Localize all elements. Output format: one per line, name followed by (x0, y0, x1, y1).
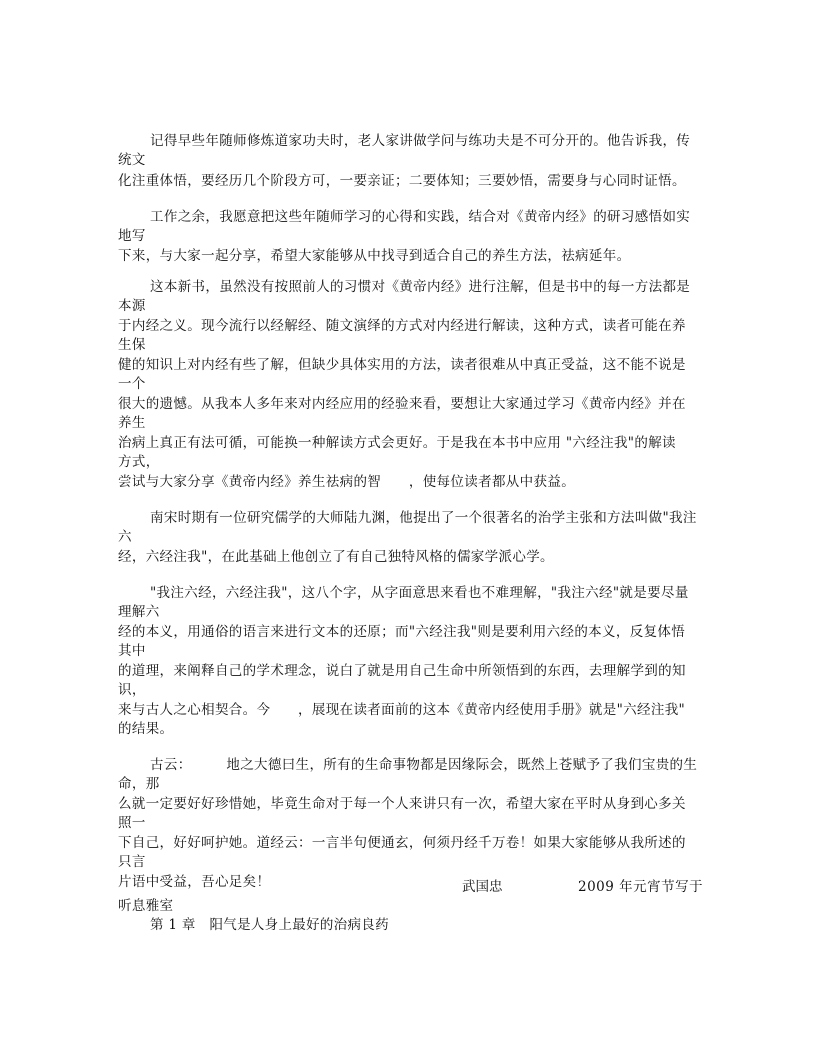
para2-line1: 工作之余，我愿意把这些年随师学习的心得和实践，结合对《黄帝内经》的研习感悟如实 (150, 208, 690, 226)
para4-line3: 经，六经注我"，在此基础上他创立了有自己独特风格的儒家学派心学。 (118, 548, 554, 566)
para3-line5: 健的知识上对内经有些了解，但缺少具体实用的方法，读者很难从中真正受益，这不能不说… (118, 356, 686, 374)
para3-line8: 养生 (118, 414, 146, 432)
signature-place: 听息雅室 (118, 897, 173, 915)
para2-line2: 地写 (118, 227, 146, 245)
para1-line1: 记得早些年随师修炼道家功夫时，老人家讲做学问与练功夫是不可分开的。他告诉我，传 (150, 132, 690, 150)
para6-line7: 片语中受益，吾心足矣！ (118, 873, 270, 891)
para5-line4: 其中 (118, 642, 146, 660)
para3-line3: 于内经之义。现今流行以经解经、随文演绎的方式对内经进行解读，这种方式，读者可能在… (118, 317, 686, 335)
para6-line1: 古云： 地之大德曰生，所有的生命事物都是因缘际会，既然上苍赋予了我们宝贵的生 (150, 756, 697, 774)
para3-line10: 方式， (118, 453, 160, 471)
para3-line6: 一个 (118, 375, 146, 393)
para3-line1: 这本新书，虽然没有按照前人的习惯对《黄帝内经》进行注解，但是书中的每一方法都是 (150, 278, 690, 296)
para3-line4: 生保 (118, 336, 146, 354)
para2-line3: 下来，与大家一起分享，希望大家能够从中找寻到适合自己的养生方法，祛病延年。 (118, 247, 630, 265)
para5-line3: 经的本义，用通俗的语言来进行文本的还原；而"六经注我"则是要利用六经的本义，反复… (118, 623, 685, 641)
para3-line11: 尝试与大家分享《黄帝内经》养生祛病的智 ，使每位读者都从中获益。 (118, 473, 575, 491)
chapter-heading: 第 1 章 阳气是人身上最好的治病良药 (150, 916, 389, 934)
para3-line2: 本源 (118, 297, 146, 315)
para1-line2: 统文 (118, 151, 146, 169)
para6-line2: 命，那 (118, 775, 160, 793)
para5-line6: 识， (118, 681, 146, 699)
para6-line6: 只言 (118, 853, 146, 871)
para6-line4: 照一 (118, 814, 146, 832)
para5-line1: "我注六经，六经注我"，这八个字，从字面意思来看也不难理解，"我注六经"就是要尽… (150, 584, 689, 602)
para5-line5: 的道理，来阐释自己的学术理念，说白了就是用自己生命中所领悟到的东西，去理解学到的… (118, 662, 686, 680)
signature-author: 武国忠 (462, 878, 503, 896)
para4-line1: 南宋时期有一位研究儒学的大师陆九渊，他提出了一个很著名的治学主张和方法叫做"我注 (150, 509, 697, 527)
para6-line3: 么就一定要好好珍惜她，毕竟生命对于每一个人来讲只有一次，希望大家在平时从身到心多… (118, 795, 686, 813)
para5-line7: 来与古人之心相契合。今 ，展现在读者面前的这本《黄帝内经使用手册》就是"六经注我… (118, 701, 685, 719)
signature-date: 2009 年元宵节写于 (578, 878, 703, 896)
document-page: 记得早些年随师修炼道家功夫时，老人家讲做学问与练功夫是不可分开的。他告诉我，传 … (0, 0, 816, 1056)
para5-line8: 的结果。 (118, 720, 173, 738)
para4-line2: 六 (118, 528, 132, 546)
para1-line3: 化注重体悟，要经历几个阶段方可，一要亲证；二要体知；三要妙悟，需要身与心同时证悟… (118, 172, 686, 190)
para3-line7: 很大的遗憾。从我本人多年来对内经应用的经验来看，要想让大家通过学习《黄帝内经》并… (118, 395, 686, 413)
para3-line9: 治病上真正有法可循，可能换一种解读方式会更好。于是我在本书中应用 "六经注我"的… (118, 434, 676, 452)
para6-line5: 下自己，好好呵护她。道经云：一言半句便通玄，何须丹经千万卷！如果大家能够从我所述… (118, 834, 686, 852)
para5-line2: 理解六 (118, 603, 160, 621)
